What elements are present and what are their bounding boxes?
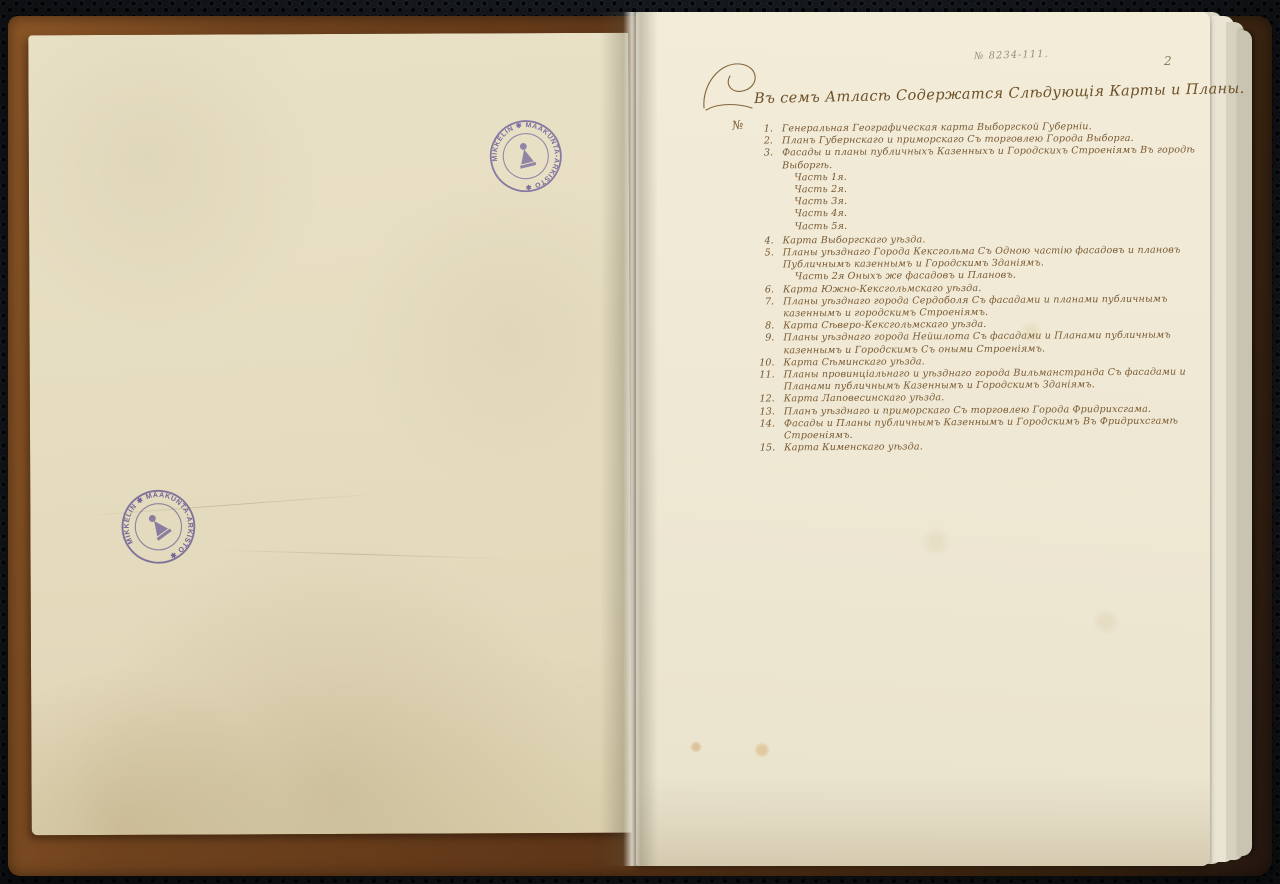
item-number: 11. [753,369,784,381]
item-text: Планы провинціальнаго и уѣзднаго города … [784,366,1201,393]
item-text: Карта Кименскаго уѣзда. [784,440,1201,455]
numero-mark: № [731,117,744,132]
archive-stamp: MIKKELIN ✱ MAAKUNTA-ARKISTO ✱ [478,109,573,204]
list-row: 3.Фасады и планы публичныхъ Казенныхъ и … [751,145,1199,173]
item-number: 13. [753,406,784,418]
item-number: 2. [751,136,782,148]
list-row: 11.Планы провинціальнаго и уѣзднаго горо… [753,366,1201,394]
item-text: Планы уѣзднаго города Нейшлота Съ фасада… [783,330,1200,357]
item-number: 4. [752,235,783,247]
stamp-emblem-figure-icon [515,141,537,169]
item-number: 14. [753,418,784,430]
item-number: 6. [752,284,783,296]
calligraphic-flourish-icon [700,58,770,120]
paper-crease [211,549,511,559]
list-row: 9.Планы уѣзднаго города Нейшлота Съ фаса… [752,330,1200,358]
folio-page-number: 2 [1164,54,1172,68]
item-text: Фасады и планы публичныхъ Казенныхъ и Го… [782,145,1199,172]
item-number: 1. [751,123,782,135]
item-number: 3. [751,148,782,160]
page-title: Въ семъ Атласѣ Содержатся Слѣдующія Карт… [754,81,1245,107]
scanned-book-photo: { "page": { "pencil_note": "№ 8234-111."… [0,0,1280,884]
item-text: Часть 5я. [783,218,1200,233]
pencil-inventory-note: № 8234-111. [974,49,1049,63]
item-text: Фасады и Планы публичнымъ Казеннымъ и Го… [784,415,1201,442]
item-number: 15. [753,443,784,455]
item-number: 12. [753,394,784,406]
item-number: 5. [752,247,783,259]
item-text: Планы уѣзднаго Города Кексгольма Съ Одно… [783,244,1200,271]
stamp-emblem-figure-icon [144,511,172,541]
page-edge-stack [1238,30,1252,856]
left-page-blank: MIKKELIN ✱ MAAKUNTA-ARKISTO ✱ MIKKELIN ✱… [28,33,631,836]
item-number: 10. [752,357,783,369]
item-number: 9. [752,333,783,345]
right-page-manuscript: № 8234-111. 2 Въ семъ Атласѣ Содержатся … [636,12,1210,866]
contents-list: 1.Генеральная Географическая карта Выбор… [751,120,1201,455]
item-text: Планы уѣзднаго города Сердоболя Съ фасад… [783,293,1200,320]
list-row: 14.Фасады и Планы публичнымъ Казеннымъ и… [753,415,1201,443]
list-row-part: Часть 5я. [752,218,1200,233]
list-row: 7.Планы уѣзднаго города Сердоболя Съ фас… [752,293,1200,321]
list-row: 5.Планы уѣзднаго Города Кексгольма Съ Од… [752,244,1200,272]
archive-stamp: MIKKELIN ✱ MAAKUNTA-ARKISTO ✱ [102,471,214,583]
item-number: 8. [752,321,783,333]
list-row: 15.Карта Кименскаго уѣзда. [753,440,1201,455]
item-number: 7. [752,296,783,308]
